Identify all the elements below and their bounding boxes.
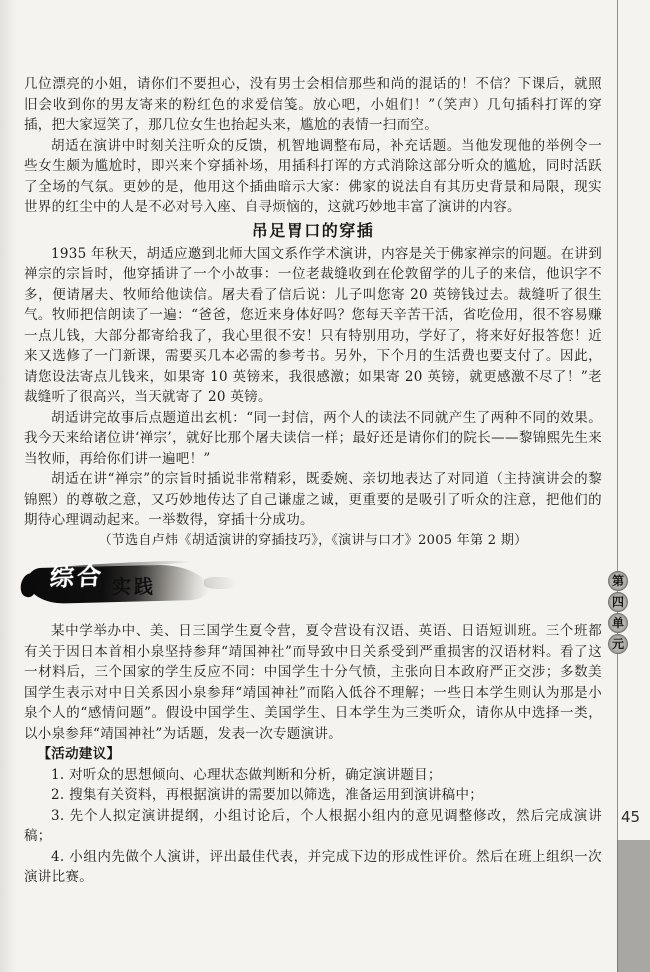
paragraph-comment: 胡适在讲“禅宗”的宗旨时插说非常精彩，既委婉、亲切地表达了对同道（主持演讲会的黎… [24, 469, 602, 531]
paragraph-story: 1935 年秋天，胡适应邀到北师大国文系作学术演讲，内容是关于佛家禅宗的问题。在… [24, 244, 602, 408]
margin-rule [617, 0, 618, 840]
textbook-page: 几位漂亮的小姐，请你们不要担心，没有男士会相信那些和尚的混话的！不信？下课后，就… [0, 0, 650, 972]
activity-item-3: 3. 先个人拟定演讲提纲，小组讨论后，个人根据小组内的意见调整修改，然后完成演讲… [24, 806, 602, 847]
page-number: 45 [621, 808, 640, 826]
section-heading: 吊足胃口的穿插 [24, 219, 602, 243]
paragraph-punchline: 胡适讲完故事后点题道出玄机：“同一封信，两个人的读法不同就产生了两种不同的效果。… [24, 408, 602, 470]
brush-tail-icon [204, 577, 238, 589]
banner-label-primary: 综合 [49, 566, 105, 588]
paragraph-overflow: 几位漂亮的小姐，请你们不要担心，没有男士会相信那些和尚的混话的！不信？下课后，就… [24, 74, 602, 136]
practice-banner: 综合 实践 [26, 563, 256, 605]
unit-badge: 元 [608, 634, 628, 654]
page-body: 几位漂亮的小姐，请你们不要担心，没有男士会相信那些和尚的混话的！不信？下课后，就… [24, 74, 602, 888]
paragraph-task: 某中学举办中、美、日三国学生夏令营，夏令营设有汉语、英语、日语短训班。三个班都有… [24, 621, 602, 744]
source-attribution: （节选自卢炜《胡适演讲的穿插技巧》，《演讲与口才》2005 年第 2 期） [24, 531, 602, 552]
activity-item-4: 4. 小组内先做个人演讲，评出最佳代表，并完成下边的形成性评价。然后在班上组织一… [24, 847, 602, 888]
activity-item-2: 2. 搜集有关资料，再根据演讲的需要加以筛选，准备运用到演讲稿中； [24, 785, 602, 806]
activity-suggestions-header: 【活动建议】 [24, 744, 602, 765]
unit-badge: 第 [608, 571, 628, 591]
banner-label-secondary: 实践 [112, 577, 156, 598]
activity-item-1: 1. 对听众的思想倾向、心理状态做判断和分析，确定演讲题目； [24, 765, 602, 786]
corner-gray-block [617, 840, 650, 972]
unit-badge: 四 [608, 592, 628, 612]
unit-badge: 单 [608, 613, 628, 633]
paragraph-feedback: 胡适在演讲中时刻关注听众的反馈，机智地调整布局，补充话题。当他发现他的举例令一些… [24, 136, 602, 218]
